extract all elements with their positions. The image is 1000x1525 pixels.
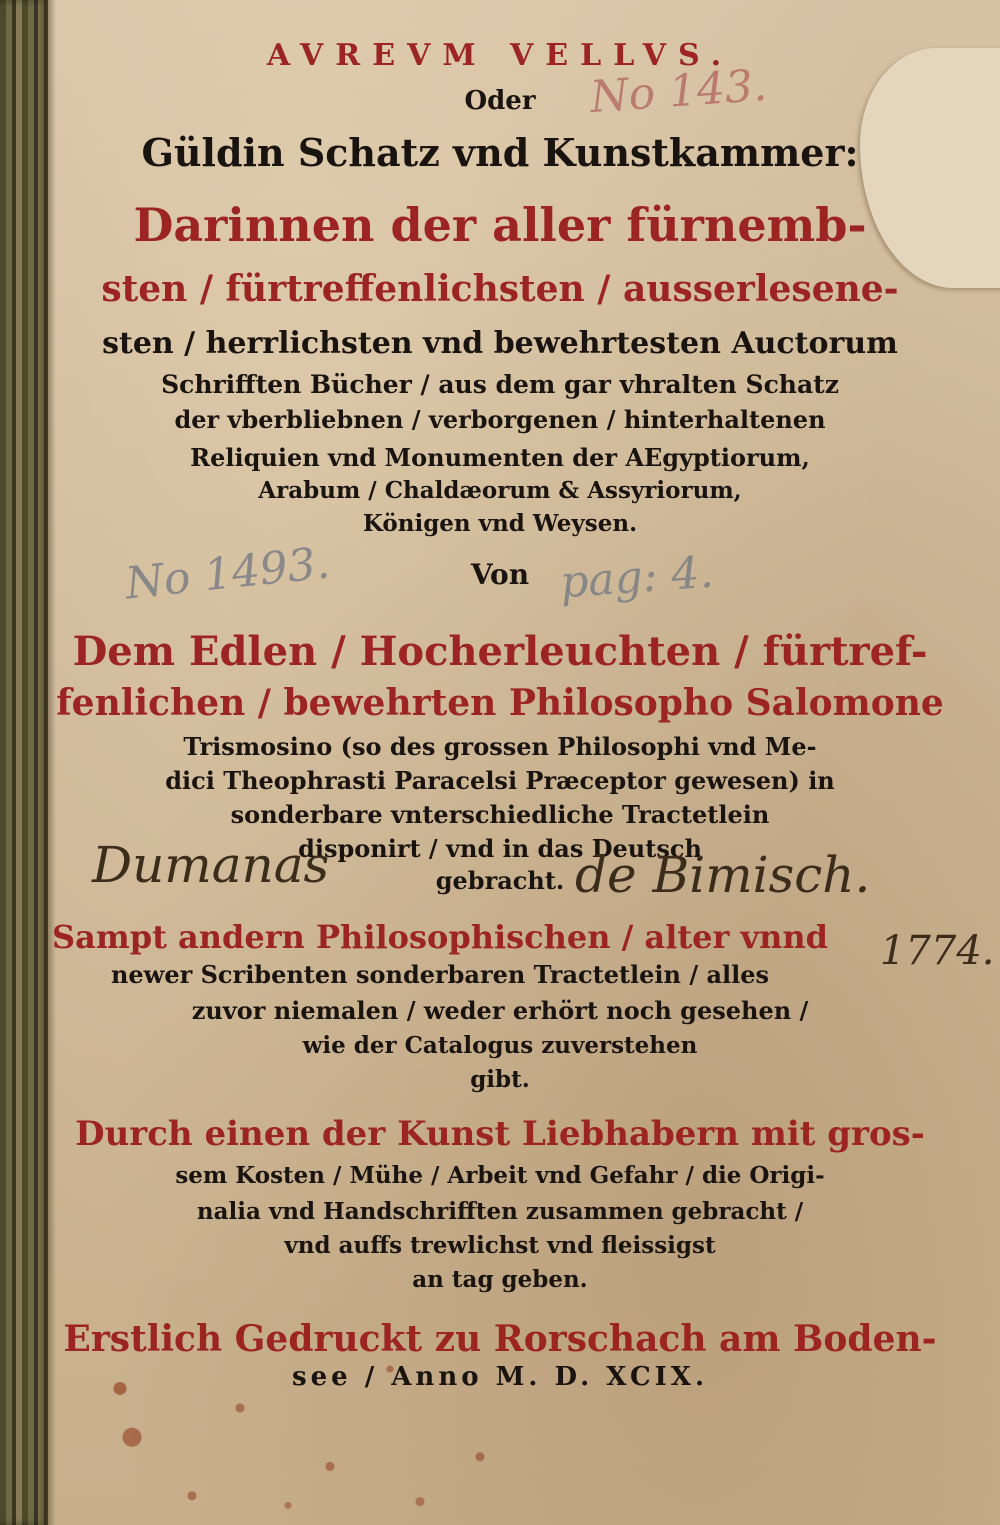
title-german: Güldin Schatz vnd Kunstkammer: (0, 130, 1000, 175)
text-line: nalia vnd Handschrifften zusammen gebrac… (0, 1198, 1000, 1225)
pencil-number-annotation: No 1493. (123, 537, 332, 609)
text-line: Schrifften Bücher / aus dem gar vhralten… (0, 370, 1000, 399)
text-line: Sampt andern Philosophischen / alter vnn… (0, 918, 940, 956)
text-line: newer Scribenten sonderbaren Tractetlein… (0, 960, 940, 989)
text-line: sem Kosten / Mühe / Arbeit vnd Gefahr / … (0, 1162, 1000, 1189)
ink-annotation-right: de Bimisch. (575, 846, 870, 904)
title-oder: Oder (0, 86, 1000, 116)
pencil-page-annotation: pag: 4. (558, 547, 715, 609)
text-line: sten / fürtreffenlichsten / ausserlesene… (0, 268, 1000, 310)
text-line: vnd auffs trewlichst vnd fleissigst (0, 1232, 1000, 1259)
title-latin: AVREVM VELLVS. (0, 38, 1000, 73)
text-line: gibt. (0, 1066, 1000, 1093)
text-line: wie der Catalogus zuverstehen (0, 1032, 1000, 1059)
text-line: Durch einen der Kunst Liebhabern mit gro… (0, 1114, 1000, 1154)
title-page: AVREVM VELLVS. Oder Güldin Schatz vnd Ku… (0, 0, 1000, 1525)
text-line: Trismosino (so des grossen Philosophi vn… (0, 732, 1000, 761)
text-line: Darinnen der aller fürnemb- (0, 198, 1000, 252)
text-line: sten / herrlichsten vnd bewehrtesten Auc… (0, 326, 1000, 361)
text-line: an tag geben. (0, 1266, 1000, 1293)
text-line: Königen vnd Weysen. (0, 510, 1000, 537)
author-line: fenlichen / bewehrten Philosopho Salomon… (0, 682, 1000, 724)
author-line: Dem Edlen / Hocherleuchten / fürtref- (0, 628, 1000, 675)
text-line: dici Theophrasti Paracelsi Præceptor gew… (0, 766, 1000, 795)
imprint-line: Erstlich Gedruckt zu Rorschach am Boden- (0, 1318, 1000, 1360)
text-line: zuvor niemalen / weder erhört noch geseh… (0, 996, 1000, 1025)
ink-year-annotation: 1774. (880, 928, 995, 974)
ink-annotation-left: Dumanas (92, 836, 329, 894)
imprint-date: see / Anno M. D. XCIX. (0, 1362, 1000, 1392)
text-line: Reliquien vnd Monumenten der AEgyptiorum… (0, 443, 1000, 472)
text-line: der vberbliebnen / verborgenen / hinterh… (0, 405, 1000, 434)
text-line: Arabum / Chaldæorum & Assyriorum, (0, 477, 1000, 504)
text-line: sonderbare vnterschiedliche Tractetlein (0, 800, 1000, 829)
